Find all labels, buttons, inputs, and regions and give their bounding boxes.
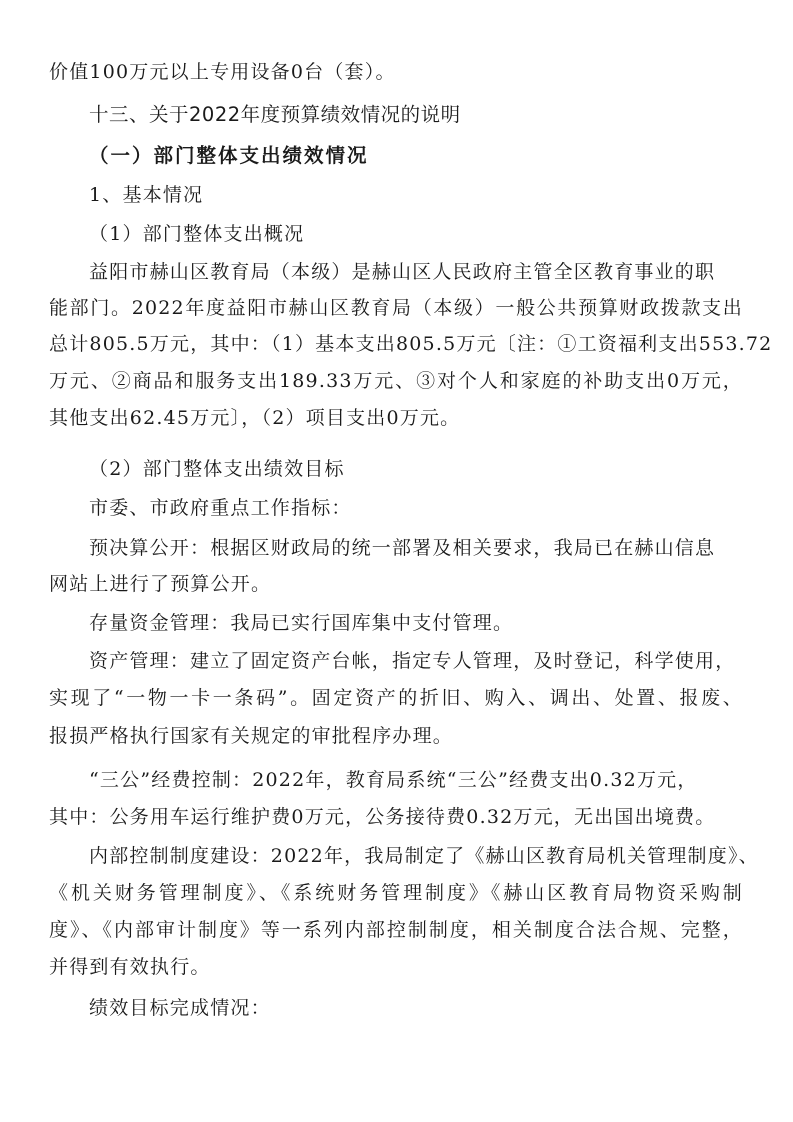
paragraph-line: 存量资金管理：我局已实行国库集中支付管理。 [89,611,513,635]
item-subheading: （1）部门整体支出概况 [89,222,304,246]
paragraph-line: 预决算公开：根据区财政局的统一部署及相关要求，我局已在赫山信息 [89,536,715,560]
paragraph-line: 报损严格执行国家有关规定的审批程序办理。 [49,724,453,748]
paragraph-line: 度》、《内部审计制度》等一系列内部控制制度，相关制度合法合规、完整， [49,918,743,942]
subsection-heading: （一）部门整体支出绩效情况 [89,144,369,168]
paragraph-line: 内部控制制度建设：2022年，我局制定了《赫山区教育局机关管理制度》、 [89,844,759,868]
paragraph-line: “三公”经费控制：2022年，教育局系统“三公”经费支出0.32万元， [89,768,698,792]
item-heading: 1、基本情况 [89,183,203,207]
paragraph-line: 益阳市赫山区教育局（本级）是赫山区人民政府主管全区教育事业的职 [89,260,715,284]
paragraph-line: 价值100万元以上专用设备0台（套）。 [49,60,396,84]
paragraph-line: 其他支出62.45万元〕，（2）项目支出0万元。 [49,406,460,430]
paragraph-line: 网站上进行了预算公开。 [49,572,271,596]
paragraph-line: 资产管理：建立了固定资产台帐，指定专人管理，及时登记，科学使用， [89,649,735,673]
paragraph-line: 总计805.5万元，其中：（1）基本支出805.5万元〔注：①工资福利支出553… [49,332,743,356]
section-heading: 十三、关于2022年度预算绩效情况的说明 [89,103,461,127]
paragraph-line: 《机关财务管理制度》、《系统财务管理制度》《赫山区教育局物资采购制 [49,881,743,905]
paragraph-line: 绩效目标完成情况： [89,996,271,1020]
paragraph-line: 其中：公务用车运行维护费0万元，公务接待费0.32万元，无出国出境费。 [49,805,715,829]
paragraph-line: 实现了“一物一卡一条码”。固定资产的折旧、购入、调出、处置、报废、 [49,686,743,710]
item-subheading: （2）部门整体支出绩效目标 [89,457,345,481]
paragraph-line: 市委、市政府重点工作指标： [89,496,352,520]
paragraph-line: 能部门。2022年度益阳市赫山区教育局（本级）一般公共预算财政拨款支出 [49,296,743,320]
paragraph-line: 万元、②商品和服务支出189.33万元、③对个人和家庭的补助支出0万元， [49,369,743,393]
paragraph-line: 并得到有效执行。 [49,955,211,979]
